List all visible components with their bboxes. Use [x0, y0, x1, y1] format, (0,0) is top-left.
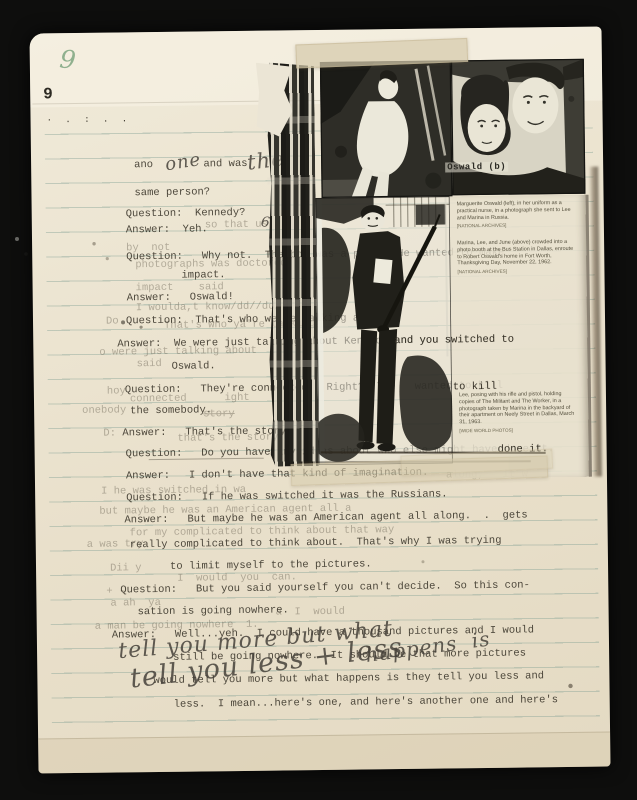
paper-bottom-edge: [38, 731, 610, 773]
photo-oswald-backyard-rifle: [316, 196, 453, 465]
typed-line: same person?: [134, 187, 210, 199]
typed-line: Answer: That's the story.: [122, 426, 292, 439]
paper-sheet: 9 9 · . : . . so that us by not photogra…: [30, 27, 611, 774]
ghost-line: Do: [106, 316, 119, 327]
ghost-line: onebody: [82, 405, 126, 417]
typed-over-segment: to kill: [453, 382, 497, 394]
paper-content: 9 9 · . : . . so that us by not photogra…: [30, 27, 611, 774]
typed-line: Question: Kennedy?: [126, 208, 246, 220]
typed-page-number: 9: [43, 85, 53, 103]
caption-credit: [WIDE WORLD PHOTOS]: [459, 427, 577, 434]
typed-line: sation is going nowhere.: [138, 605, 289, 618]
caption-text: Marina, Lee, and June (above) crowded in…: [457, 239, 575, 268]
photo-label-oswald: Oswald (b): [445, 162, 508, 173]
typed-line: Answer: Yeh.: [126, 224, 208, 236]
caption-block: Marguerite Oswald (left), in her uniform…: [457, 200, 575, 230]
photo-marina-and-lee-faces: [451, 59, 586, 196]
caption-block: Lee, posing with his rifle and pistol, h…: [459, 391, 578, 434]
typed-line: Oswald.: [172, 361, 216, 373]
typed-line: Answer: Oswald!: [127, 292, 234, 304]
ghost-line: Dii y: [110, 563, 142, 574]
photo-woman-in-doorway: [320, 60, 453, 198]
background-specks: [0, 0, 2, 2]
ghost-line: so that us: [205, 220, 268, 232]
typed-dots: · . : . .: [47, 114, 132, 125]
newspapers-shape: [373, 259, 392, 284]
scanned-document-photograph: 9 9 · . : . . so that us by not photogra…: [0, 0, 637, 800]
green-page-number: 9: [58, 44, 77, 75]
caption-credit: [NATIONAL ARCHIVES]: [457, 222, 575, 229]
typed-line: impact.: [181, 270, 225, 282]
ghost-line: hoy: [107, 386, 126, 397]
caption-block: Marina, Lee, and June (above) crowded in…: [457, 239, 575, 276]
typed-over-segment: and you switched to: [394, 335, 514, 347]
caption-text: Marguerite Oswald (left), in her uniform…: [457, 200, 575, 222]
caption-text: Lee, posing with his rifle and pistol, h…: [459, 391, 577, 426]
caption-credit: [NATIONAL ARCHIVES]: [457, 268, 575, 275]
ghost-line: D:: [103, 428, 116, 439]
typed-line: the somebody.: [130, 405, 212, 417]
ghost-line: said: [136, 359, 161, 370]
